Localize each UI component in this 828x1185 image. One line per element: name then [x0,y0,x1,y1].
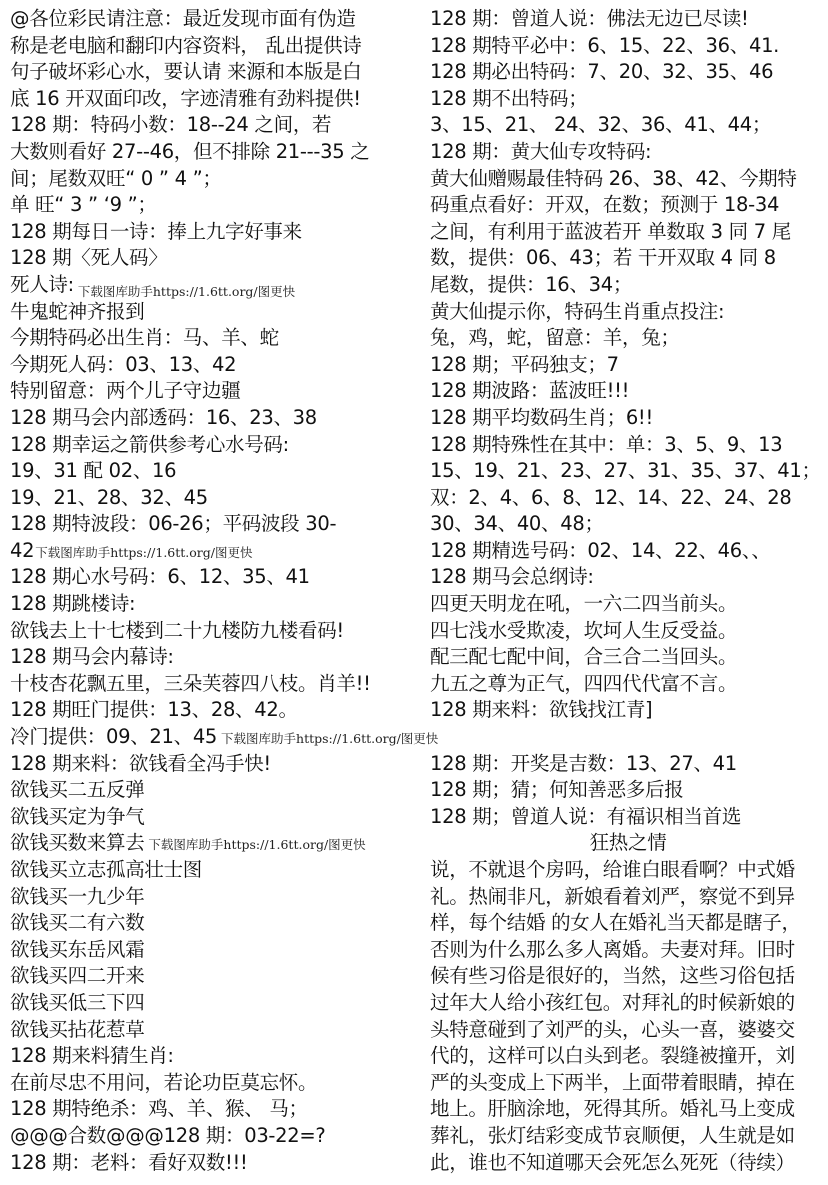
story-line: 说，不就退个房吗，给谁白眼看啊？中式婚 [430,857,826,884]
text-line: 欲钱买拈花惹草 [10,1017,420,1044]
text-line: 128 期马会内幕诗: [10,644,420,671]
text-line: 牛鬼蛇神齐报到 [10,299,420,326]
text-line: 双：2、4、6、8、12、14、22、24、28 [430,485,826,512]
text-line: 128 期：黄大仙专攻特码: [430,139,826,166]
text-line: 欲钱买立志孤高壮士图 [10,857,420,884]
poem-line: 配三配七配中间，合三合二当回头。 [430,644,826,671]
text-line: 特别留意：两个儿子守边疆 [10,378,420,405]
text-line: 128 期：特码小数：18--24 之间，若 [10,112,420,139]
poem-line: 四七浅水受欺凌，坎坷人生反受益。 [430,618,826,645]
story-line: 样，每个结婚 的女人在婚礼当天都是瞎子， [430,910,826,937]
line-text: 死人诗: [10,273,74,296]
text-line: 欲钱买东岳风霜 [10,937,420,964]
left-column: @各位彩民请注意：最近发现市面有伪造 称是老电脑和翻印内容资料， 乱出提供诗 句… [10,6,420,1176]
text-line: 128 期马会总纲诗: [430,564,826,591]
text-line: 128 期特波段：06-26；平码波段 30- [10,511,420,538]
text-line: 今期死人码：03、13、42 [10,352,420,379]
text-line: 128 期：老料：看好双数!!! [10,1150,420,1177]
text-line: 欲钱买二有六数 [10,910,420,937]
text-line: 黄大仙提示你，特码生肖重点投注: [430,299,826,326]
text-line: 128 期不出特码； [430,86,826,113]
text-line: 十枝杏花飘五里，三朵芙蓉四八枝。肖羊!! [10,671,420,698]
line-text: 欲钱买数来算去 [10,831,144,854]
text-line: 死人诗:下载图库助手https://1.6tt.org/图更快 [10,272,420,299]
text-line: 大数则看好 27--46，但不排除 21---35 之 [10,139,420,166]
text-line: 间；尾数双旺“ 0 ” 4 ”； [10,166,420,193]
text-line: 128 期波路：蓝波旺!!! [430,378,826,405]
line-text: 42 [10,539,34,562]
text-line: 128 期来料：欲钱看全冯手快! [10,751,420,778]
text-line: 单 旺“ 3 ” ‘9 ”； [10,192,420,219]
text-line: 19、21、28、32、45 [10,485,420,512]
text-line: 128 期旺门提供：13、28、42。 [10,697,420,724]
text-line: 今期特码必出生肖：马、羊、蛇 [10,325,420,352]
text-line: 句子破坏彩心水，要认请 来源和本版是白 [10,59,420,86]
text-line: 欲钱买一九少年 [10,884,420,911]
right-column: 128 期：曾道人说：佛法无边已尽读! 128 期特平必中：6、15、22、36… [430,6,826,1176]
text-line: 码重点看好：开双，在数；预测于 18-34 [430,192,826,219]
story-line: 地上。肝脑涂地，死得其所。婚礼马上变成 [430,1096,826,1123]
text-line: 128 期马会内部透码：16、23、38 [10,405,420,432]
poem-line: 四更天明龙在吼，一六二四当前头。 [430,591,826,618]
text-line: 128 期；曾道人说：有福识相当首选 [430,804,826,831]
text-line: 128 期必出特码：7、20、32、35、46 [430,59,826,86]
text-line: 128 期：开奖是吉数：13、27、41 [430,751,826,778]
blank-line [430,724,826,751]
story-line: 严的头变成上下两半，上面带着眼睛，掉在 [430,1070,826,1097]
text-line: 欲钱买二五反弹 [10,777,420,804]
text-line: 底 16 开双面印改，字迹清雅有劲料提供! [10,86,420,113]
text-line: 3、15、21、 24、32、36、41、44； [430,112,826,139]
text-line: 欲钱去上十七楼到二十九楼防九楼看码! [10,618,420,645]
story-line: 过年大人给小孩红包。对拜礼的时候新娘的 [430,990,826,1017]
text-line: 128 期精选号码：02、14、22、46、、 [430,538,826,565]
text-line: 128 期特平必中：6、15、22、36、41. [430,33,826,60]
text-line: 128 期；猜；何知善恶多后报 [430,777,826,804]
text-line: 42下载图库助手https://1.6tt.org/图更快 [10,538,420,565]
text-line: 128 期心水号码：6、12、35、41 [10,564,420,591]
text-line: 128 期特殊性在其中：单：3、5、9、13 [430,432,826,459]
story-line: 此，谁也不知道哪天会死怎么死死（待续） [430,1150,826,1177]
story-title: 狂热之情 [430,830,826,857]
text-line: 128 期跳楼诗: [10,591,420,618]
watermark: 下载图库助手https://1.6tt.org/图更快 [35,545,252,560]
line-text: 冷门提供：09、21、45 [10,725,217,748]
story-line: 候有些习俗是很好的，当然，这些习俗包括 [430,963,826,990]
text-line: 之间，有利用于蓝波若开 单数取 3 同 7 尾 [430,219,826,246]
text-line: 数，提供：06、43；若 干开双取 4 同 8 [430,245,826,272]
text-line: 兔，鸡，蛇，留意：羊，兔； [430,325,826,352]
text-line: 欲钱买四二开来 [10,963,420,990]
text-line: 欲钱买低三下四 [10,990,420,1017]
text-line: 欲钱买定为争气 [10,804,420,831]
text-line: 19、31 配 02、16 [10,458,420,485]
text-line: 冷门提供：09、21、45下载图库助手https://1.6tt.org/图更快 [10,724,420,751]
text-line: 称是老电脑和翻印内容资料， 乱出提供诗 [10,33,420,60]
watermark: 下载图库助手https://1.6tt.org/图更快 [78,284,295,299]
poem-line: 九五之尊为正气，四四代代富不言。 [430,671,826,698]
watermark: 下载图库助手https://1.6tt.org/图更快 [148,837,365,852]
text-line: 128 期来料：欲钱找江青] [430,697,826,724]
story-line: 否则为什么那么多人离婚。夫妻对拜。旧时 [430,937,826,964]
text-line: 128 期〈死人码〉 [10,245,420,272]
story-line: 葬礼，张灯结彩变成节哀顺便，人生就是如 [430,1123,826,1150]
text-line: 128 期幸运之箭供参考心水号码: [10,432,420,459]
story-line: 代的，这样可以白头到老。裂缝被撞开，刘 [430,1043,826,1070]
text-line: 在前尽忠不用问，若论功臣莫忘怀。 [10,1070,420,1097]
text-line: 128 期特绝杀：鸡、羊、猴、 马； [10,1096,420,1123]
text-line: 128 期；平码独支；7 [430,352,826,379]
text-line: 128 期来料猜生肖: [10,1043,420,1070]
text-line: 黄大仙赠赐最佳特码 26、38、42、今期特 [430,166,826,193]
story-line: 头特意碰到了刘严的头，心头一喜，婆婆交 [430,1017,826,1044]
text-line: 128 期平均数码生肖；6!! [430,405,826,432]
text-line: 128 期每日一诗：捧上九字好事来 [10,219,420,246]
watermark: 下载图库助手https://1.6tt.org/图更快 [221,731,438,746]
story-line: 礼。热闹非凡，新娘看着刘严，察觉不到异 [430,884,826,911]
text-line: 128 期：曾道人说：佛法无边已尽读! [430,6,826,33]
text-line: 30、34、40、48； [430,511,826,538]
text-line: @@@合数@@@128 期：03-22=? [10,1123,420,1150]
text-line: 尾数，提供：16、34； [430,272,826,299]
text-line: @各位彩民请注意：最近发现市面有伪造 [10,6,420,33]
text-line: 欲钱买数来算去下载图库助手https://1.6tt.org/图更快 [10,830,420,857]
text-line: 15、19、21、23、27、31、35、37、41； [430,458,826,485]
